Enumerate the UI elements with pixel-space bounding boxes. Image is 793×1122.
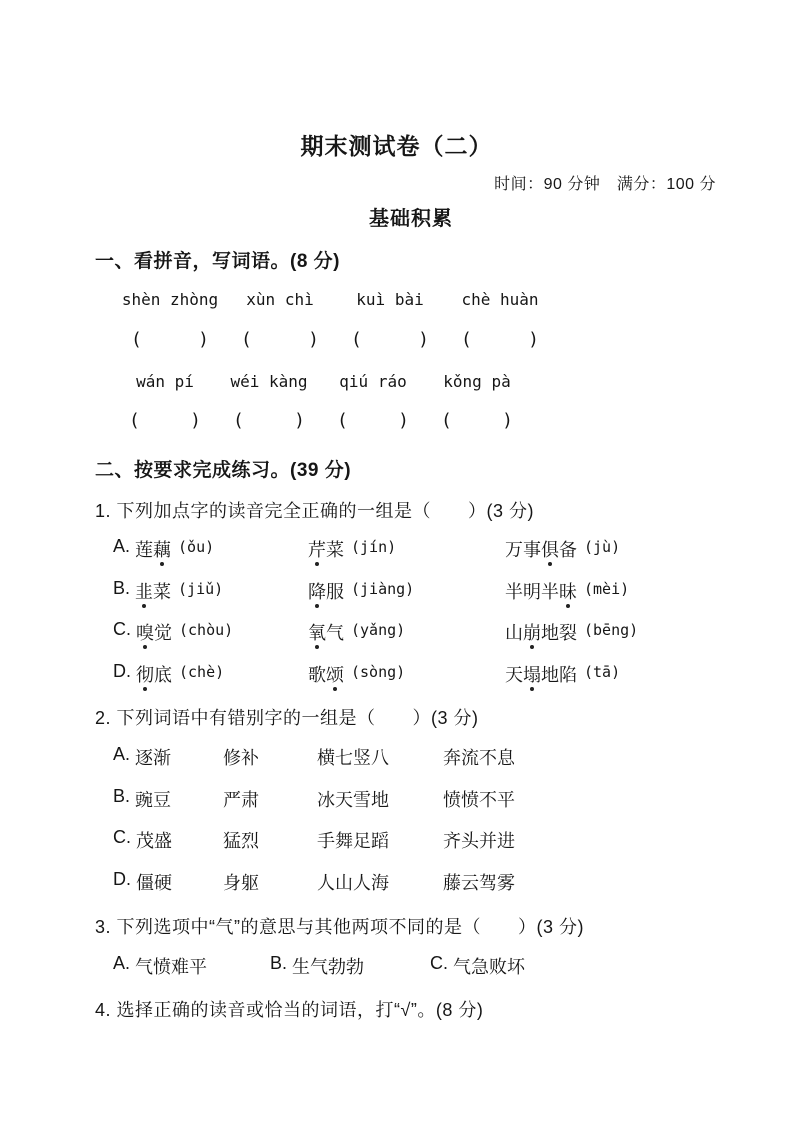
answer-blank: () (225, 329, 335, 350)
option-label: B. (270, 953, 287, 974)
answer-blank: () (425, 410, 529, 431)
pinyin-word: shèn zhòng (115, 290, 225, 309)
word: 严肃 (223, 786, 259, 812)
pinyin-word: kuì bài (335, 290, 445, 309)
q3-option-c: C.气急败坏 (430, 953, 525, 979)
q1-option-d-item-1: D.彻底(chè) (113, 661, 224, 687)
q2-option-row-a: A.逐渐 修补 横七竖八 奔流不息 (0, 744, 793, 770)
answer-blanks-row-2: () () () () (113, 410, 529, 431)
dotted-char: 塌 (523, 661, 541, 687)
question-1-text: 1. 下列加点字的读音完全正确的一组是（ ）(3 分) (95, 497, 534, 523)
word: 奔流不息 (443, 744, 515, 770)
pinyin-annotation: (sòng) (351, 661, 405, 681)
q2-option-row-b: B.豌豆 严肃 冰天雪地 愤愤不平 (0, 786, 793, 812)
option-label: A. (113, 536, 130, 557)
question-4-text: 4. 选择正确的读音或恰当的词语，打“√”。(8 分) (95, 996, 483, 1022)
word: 愤愤不平 (443, 786, 515, 812)
section2-heading: 二、按要求完成练习。(39 分) (95, 455, 351, 482)
option-label: B. (113, 786, 130, 807)
pinyin-row-2: wán pí wéi kàng qiú ráo kǒng pà (113, 372, 529, 391)
answer-blank: () (335, 329, 445, 350)
q1-option-row-d: D.彻底(chè) 歌颂(sòng) 天塌地陷(tā) (0, 661, 793, 687)
q1-option-a-item-2: 芹菜(jín) (308, 536, 396, 562)
q1-option-a-item-3: 万事俱备(jù) (505, 536, 620, 562)
pinyin-annotation: (chè) (179, 661, 224, 681)
pinyin-annotation: (tā) (584, 661, 620, 681)
option-label: C. (113, 619, 131, 640)
dotted-char: 彻 (136, 661, 154, 687)
option-text: 气愤难平 (135, 953, 207, 979)
question-3-text: 3. 下列选项中“气”的意思与其他两项不同的是（ ）(3 分) (95, 913, 584, 939)
pinyin-annotation: (mèi) (584, 578, 629, 598)
dotted-char: 昧 (559, 578, 577, 604)
time-score-info: 时间：90 分钟 满分：100 分 (494, 171, 716, 194)
q1-option-d-item-3: 天塌地陷(tā) (505, 661, 620, 687)
page-title: 期末测试卷（二） (0, 128, 793, 161)
option-label: B. (113, 578, 130, 599)
answer-blank: () (217, 410, 321, 431)
word: 藤云驾雾 (443, 869, 515, 895)
pinyin-word: qiú ráo (321, 372, 425, 391)
section-title-basics: 基础积累 (29, 202, 793, 231)
word: 逐渐 (135, 744, 171, 770)
q1-option-d-item-2: 歌颂(sòng) (308, 661, 405, 687)
q1-option-c-item-1: C.嗅觉(chòu) (113, 619, 233, 645)
option-text: 气急败坏 (453, 953, 525, 979)
option-text: 生气勃勃 (292, 953, 364, 979)
pinyin-word: wán pí (113, 372, 217, 391)
word: 横七竖八 (317, 744, 389, 770)
q3-options-row: A.气愤难平 B.生气勃勃 C.气急败坏 (0, 953, 793, 979)
dotted-char: 韭 (135, 578, 153, 604)
q1-option-b-item-2: 降服(jiàng) (308, 578, 414, 604)
pinyin-annotation: (jiàng) (351, 578, 414, 598)
word: 修补 (223, 744, 259, 770)
answer-blank: () (113, 410, 217, 431)
answer-blank: () (321, 410, 425, 431)
pinyin-annotation: (yǎng) (351, 619, 405, 639)
q1-option-row-a: A.莲藕(ǒu) 芹菜(jín) 万事俱备(jù) (0, 536, 793, 562)
pinyin-word: kǒng pà (425, 372, 529, 391)
word: 齐头并进 (443, 827, 515, 853)
pinyin-word: xùn chì (225, 290, 335, 309)
option-label: C. (113, 827, 131, 848)
pinyin-word: wéi kàng (217, 372, 321, 391)
dotted-char: 崩 (523, 619, 541, 645)
pinyin-annotation: (jín) (351, 536, 396, 556)
option-label: A. (113, 744, 130, 765)
word: 豌豆 (135, 786, 171, 812)
pinyin-annotation: (ǒu) (178, 536, 214, 556)
q2-option-row-d: D.僵硬 身躯 人山人海 藤云驾雾 (0, 869, 793, 895)
dotted-char: 降 (308, 578, 326, 604)
pinyin-annotation: (chòu) (179, 619, 233, 639)
answer-blanks-row-1: () () () () (115, 329, 555, 350)
word: 身躯 (223, 869, 259, 895)
pinyin-annotation: (bēng) (584, 619, 638, 639)
word: 猛烈 (223, 827, 259, 853)
dotted-char: 氧 (308, 619, 326, 645)
option-label: C. (430, 953, 448, 974)
dotted-char: 嗅 (136, 619, 154, 645)
dotted-char: 芹 (308, 536, 326, 562)
word: 僵硬 (136, 869, 172, 895)
word: 冰天雪地 (317, 786, 389, 812)
option-label: D. (113, 661, 131, 682)
option-label: D. (113, 869, 131, 890)
q1-option-b-item-1: B.韭菜(jiǔ) (113, 578, 223, 604)
dotted-char: 俱 (541, 536, 559, 562)
word: 手舞足蹈 (317, 827, 389, 853)
answer-blank: () (115, 329, 225, 350)
pinyin-word: chè huàn (445, 290, 555, 309)
word: 人山人海 (317, 869, 389, 895)
q1-option-row-c: C.嗅觉(chòu) 氧气(yǎng) 山崩地裂(bēng) (0, 619, 793, 645)
question-2-text: 2. 下列词语中有错别字的一组是（ ）(3 分) (95, 704, 479, 730)
section1-heading: 一、看拼音，写词语。(8 分) (95, 246, 340, 273)
word: 茂盛 (136, 827, 172, 853)
q1-option-c-item-2: 氧气(yǎng) (308, 619, 405, 645)
option-label: A. (113, 953, 130, 974)
q1-option-c-item-3: 山崩地裂(bēng) (505, 619, 638, 645)
answer-blank: () (445, 329, 555, 350)
q2-option-row-c: C.茂盛 猛烈 手舞足蹈 齐头并进 (0, 827, 793, 853)
exam-paper-page: 期末测试卷（二） 时间：90 分钟 满分：100 分 基础积累 一、看拼音，写词… (0, 0, 793, 1122)
pinyin-annotation: (jù) (584, 536, 620, 556)
pinyin-row-1: shèn zhòng xùn chì kuì bài chè huàn (115, 290, 555, 309)
dotted-char: 藕 (153, 536, 171, 562)
dotted-char: 颂 (326, 661, 344, 687)
q1-option-a-item-1: A.莲藕(ǒu) (113, 536, 214, 562)
q1-option-b-item-3: 半明半昧(mèi) (505, 578, 629, 604)
q3-option-a: A.气愤难平 (113, 953, 207, 979)
q1-option-row-b: B.韭菜(jiǔ) 降服(jiàng) 半明半昧(mèi) (0, 578, 793, 604)
pinyin-annotation: (jiǔ) (178, 578, 223, 598)
q3-option-b: B.生气勃勃 (270, 953, 364, 979)
